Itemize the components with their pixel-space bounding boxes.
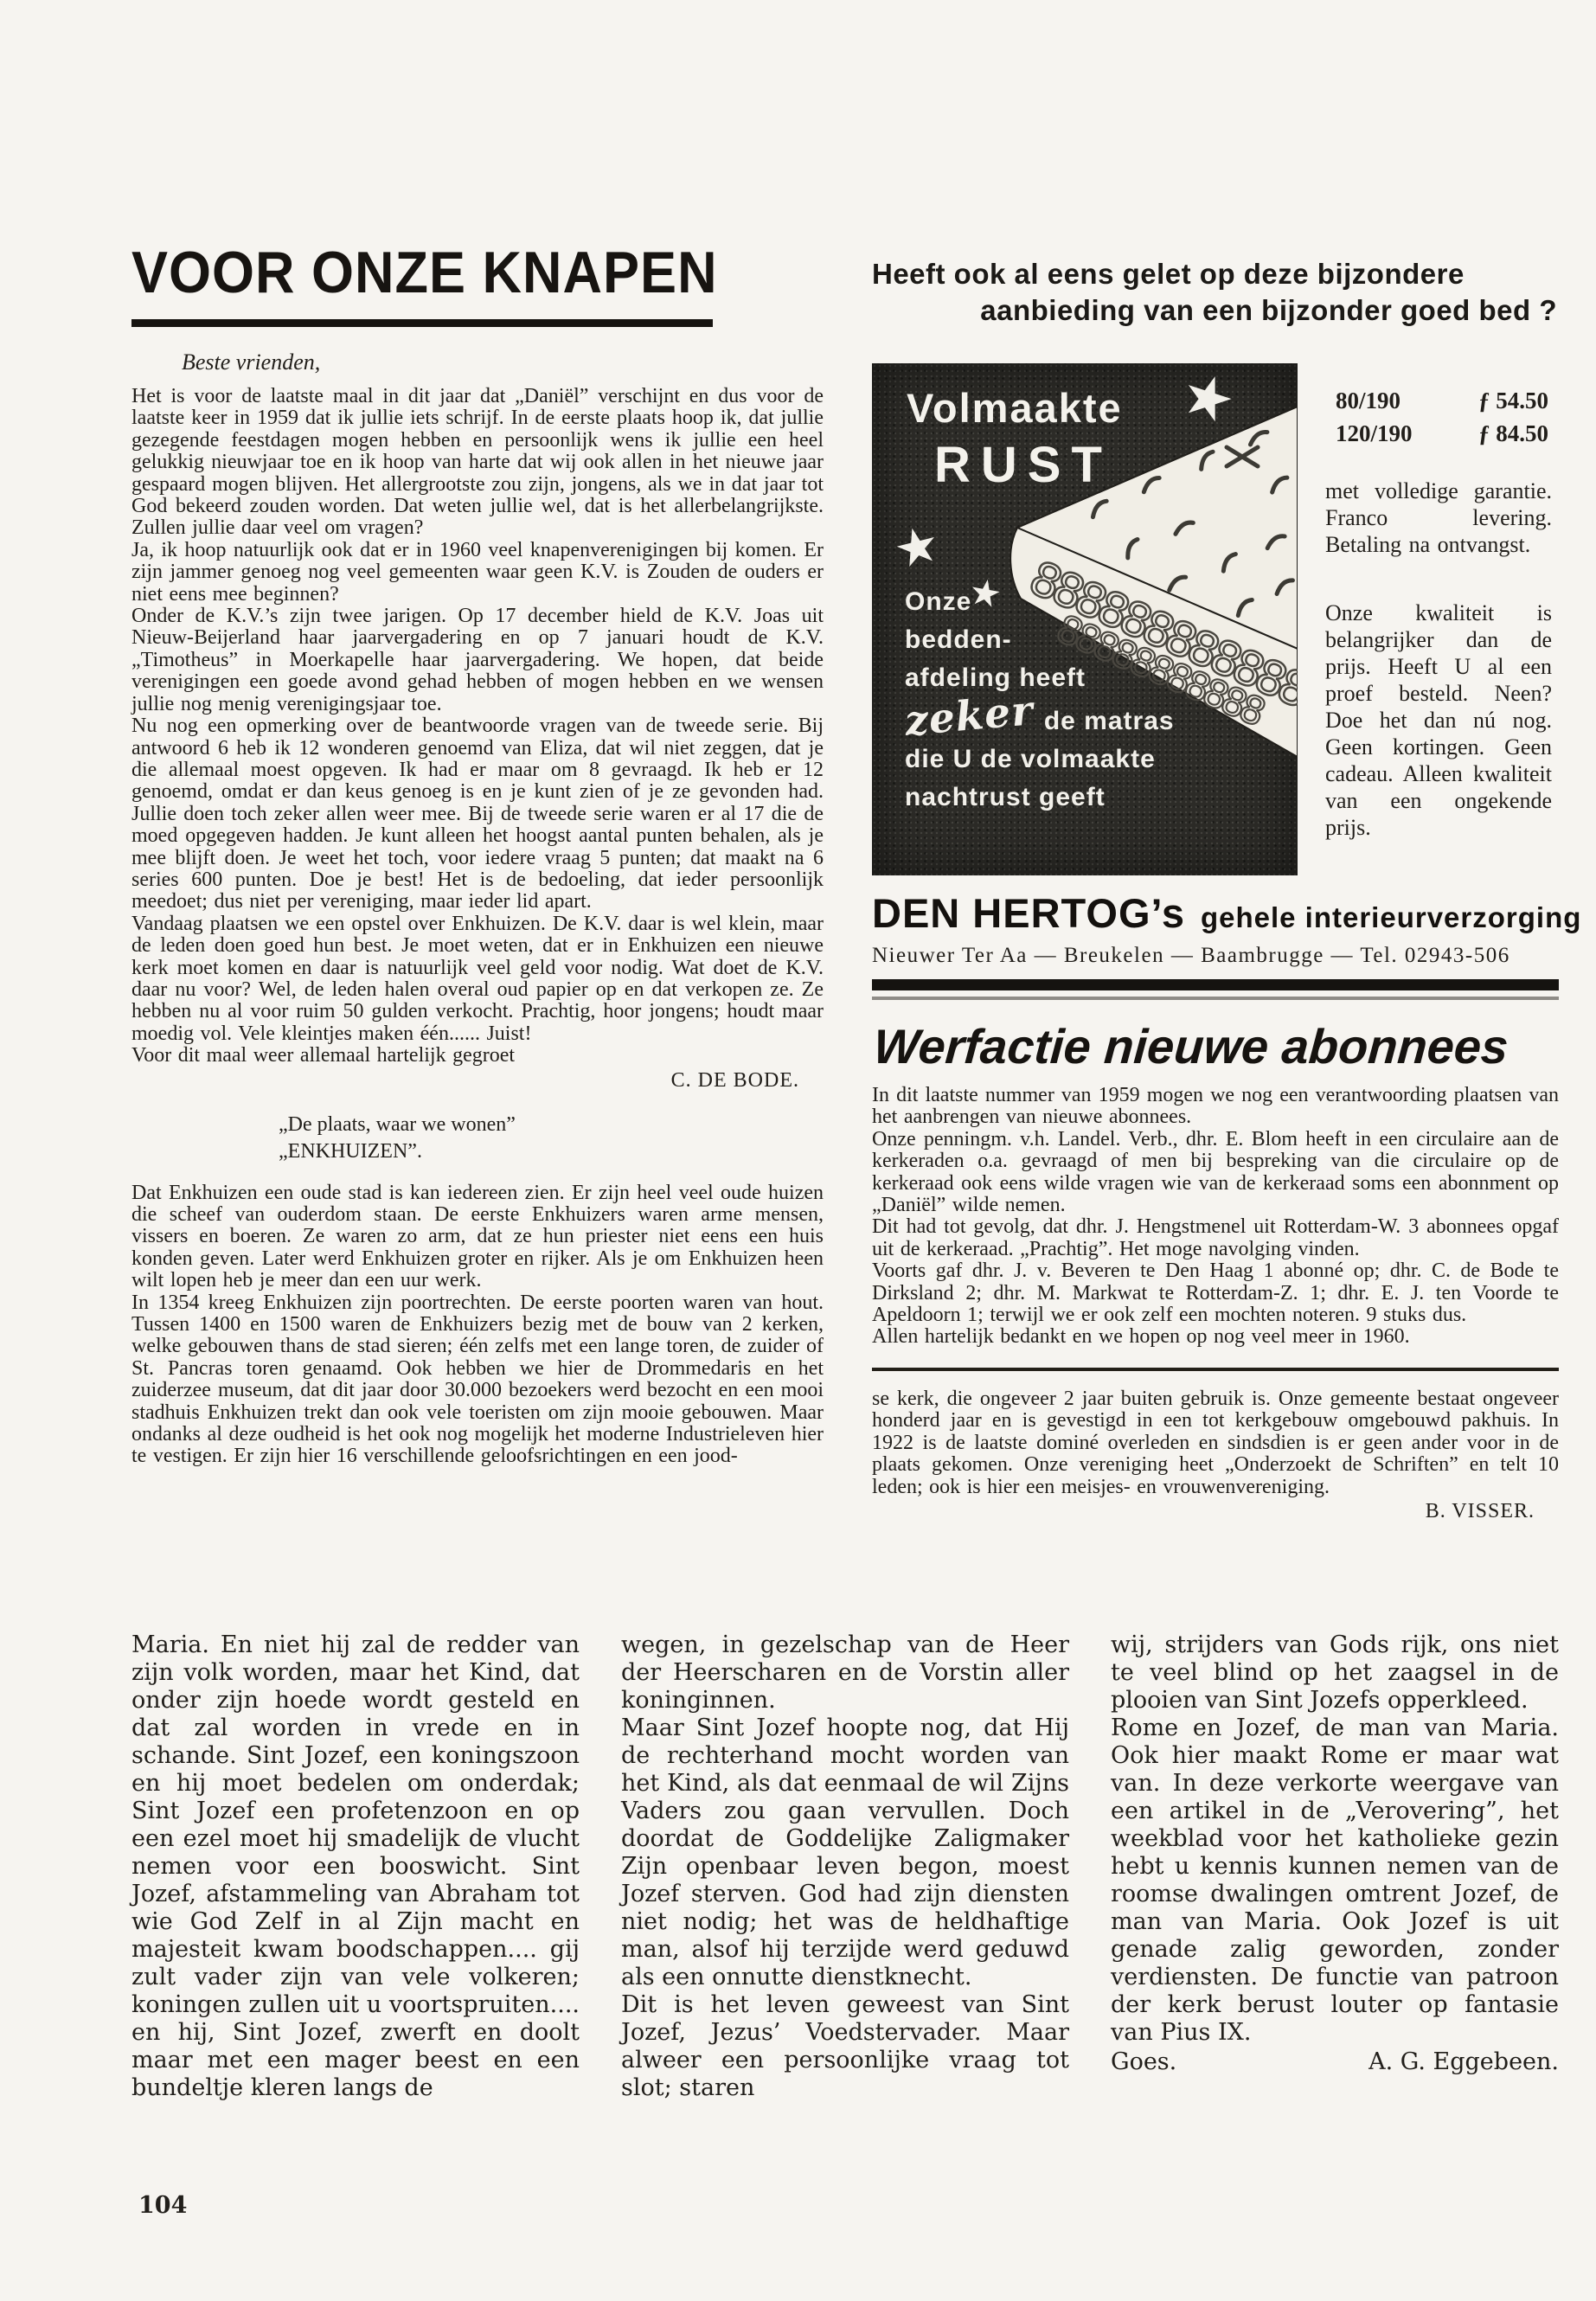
title-rule [131,319,713,327]
ad-headline: Heeft ook al eens gelet op deze bijzonde… [872,256,1559,329]
script-word: zeker [903,691,1045,741]
essay-title-line2: „ENKHUIZEN”. [279,1140,824,1163]
poster-tagline: Onze bedden- afdeling heeft zekerde matr… [905,583,1175,817]
bottom-column: wij, strijders van Gods rijk, ons niet t… [1111,1631,1559,2102]
poster-tagline-line: zekerde matras [905,697,1175,740]
price-size: 80/190 [1336,384,1401,417]
poster-rust-text: RUST [934,436,1112,494]
bottom-signature: A. G. Eggebeen. [1368,2048,1559,2076]
body-paragraph: Het is voor de laatste maal in dit jaar … [131,386,824,540]
ad-side-text: 80/190 ƒ 54.50 120/190 ƒ 84.50 met volle… [1325,384,1552,875]
magazine-page: { "page": { "number": "104" }, "left_art… [0,0,1596,2301]
werfactie-paragraph: Allen hartelijk bedankt en we hopen op n… [872,1326,1559,1348]
price-value: ƒ 54.50 [1478,384,1548,417]
body-paragraph: Ja, ik hoop natuurlijk ook dat er in 196… [131,540,824,606]
bed-advertisement: 888888888888 88888888888 [872,363,1559,875]
werfactie-paragraph: Voorts gaf dhr. J. v. Beveren te Den Haa… [872,1260,1559,1326]
article-voor-onze-knapen: VOOR ONZE KNAPEN Beste vrienden, Het is … [131,244,824,1468]
essay-paragraph: In 1354 kreeg Enkhuizen zijn poortrechte… [131,1292,824,1468]
bottom-paragraph: Maar Sint Jozef hoopte nog, dat Hij de r… [621,1715,1069,1991]
price-row: 120/190 ƒ 84.50 [1325,417,1552,450]
article-title: VOOR ONZE KNAPEN [131,244,824,303]
ad-note: Onze kwaliteit is belangrijker dan de pr… [1325,599,1552,841]
werfactie-paragraph: Dit had tot gevolg, dat dhr. J. Hengstme… [872,1216,1559,1260]
ad-headline-line2: aanbieding van een bijzonder goed bed ? [872,292,1559,329]
bottom-paragraph: Dit is het leven geweest van Sint Jozef,… [621,1991,1069,2102]
page-number: 104 [138,2192,187,2219]
bottom-column: Maria. En niet hij zal de redder van zij… [131,1631,580,2102]
bottom-paragraph: Rome en Jozef, de man van Maria. Ook hie… [1111,1715,1559,2047]
brand-line: DEN HERTOG’s gehele interieurverzorging [872,889,1559,937]
body-paragraph: Voor dit maal weer allemaal hartelijk ge… [131,1045,824,1067]
poster-tagline-line: nachtrust geeft [905,779,1175,817]
poster-tagline-line: die U de volmaakte [905,740,1175,779]
poster-volmaakte-text: Volmaakte [907,384,1123,432]
werfactie-paragraph: Onze penningm. v.h. Landel. Verb., dhr. … [872,1129,1559,1217]
place-name: Goes. [1111,2048,1176,2076]
right-column: Heeft ook al eens gelet op deze bijzonde… [872,256,1559,1523]
price-value: ƒ 84.50 [1478,417,1548,450]
divider-thin [872,997,1559,1000]
price-size: 120/190 [1336,417,1413,450]
bottom-paragraph: Maria. En niet hij zal de redder van zij… [131,1631,580,2102]
mattress-ad-poster: 888888888888 88888888888 [872,363,1298,875]
brand-address: Nieuwer Ter Aa — Breukelen — Baambrugge … [872,944,1559,968]
salutation: Beste vrienden, [182,349,824,375]
poster-tagline-line: bedden- [905,621,1175,659]
werfactie-signature: B. VISSER. [872,1500,1559,1523]
bottom-column: wegen, in gezelschap van de Heer der Hee… [621,1631,1069,2102]
section-divider [872,1368,1559,1371]
poster-after-script: de matras [1044,707,1175,735]
body-paragraph: Onder de K.V.’s zijn twee jarigen. Op 17… [131,606,824,715]
brand-name: DEN HERTOG’s [872,889,1185,937]
bottom-paragraph: wegen, in gezelschap van de Heer der Hee… [621,1631,1069,1715]
werfactie-paragraph: In dit laatste nummer van 1959 mogen we … [872,1085,1559,1129]
werfactie-title: Werfactie nieuwe abonnees [872,1022,1562,1071]
body-paragraph: Nu nog een opmerking over de beantwoorde… [131,715,824,913]
brand-subtitle: gehele interieurverzorging [1201,901,1581,934]
body-paragraph: Vandaag plaatsen we een opstel over Enkh… [131,913,824,1045]
price-row: 80/190 ƒ 54.50 [1325,384,1552,417]
poster-tagline-line: Onze [905,583,1175,621]
bottom-paragraph: wij, strijders van Gods rijk, ons niet t… [1111,1631,1559,1715]
essay-title-line1: „De plaats, waar we wonen” [279,1113,824,1137]
bottom-footer: Goes. A. G. Eggebeen. [1111,2048,1559,2076]
article-signature: C. DE BODE. [131,1069,824,1093]
ad-headline-line1: Heeft ook al eens gelet op deze bijzonde… [872,256,1559,292]
ad-note: met volledige garantie. Franco levering.… [1325,478,1552,558]
bottom-article: Maria. En niet hij zal de redder van zij… [131,1631,1559,2102]
divider-thick [872,979,1559,990]
continuation-paragraph: se kerk, die ongeveer 2 jaar buiten gebr… [872,1388,1559,1498]
essay-paragraph: Dat Enkhuizen een oude stad is kan ieder… [131,1183,824,1292]
